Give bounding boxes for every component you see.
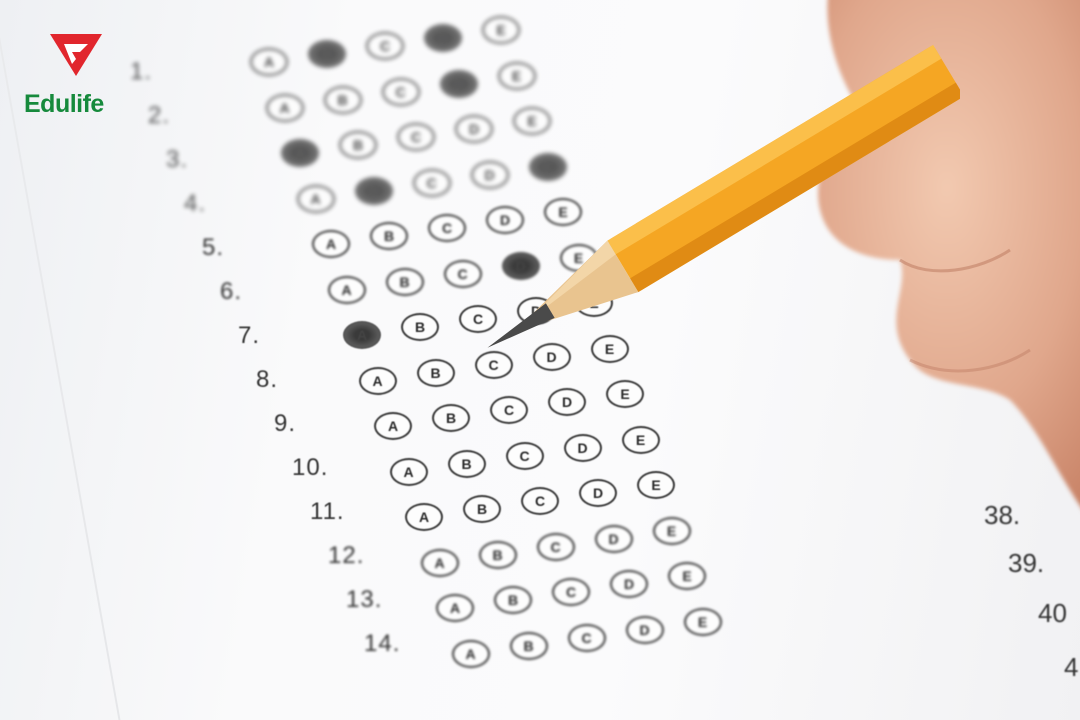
answer-bubble-e[interactable]: E [668,562,706,590]
answer-bubble-b[interactable]: B [463,495,501,523]
question-number: 8. [256,366,278,394]
answer-bubble-a[interactable]: A [312,230,350,258]
question-number: 11. [310,498,345,526]
answer-bubble-d[interactable]: D [610,570,648,598]
answer-bubble-a[interactable]: A [359,367,397,395]
question-number: 4. [184,190,206,218]
question-number: 14. [364,630,400,658]
answer-bubble-a[interactable]: A [250,48,288,76]
answer-bubble-b[interactable]: B [386,268,424,296]
question-number: 9. [274,410,296,438]
question-number: 3. [166,146,188,174]
answer-bubble-b[interactable]: B [494,586,532,614]
answer-bubble-c[interactable]: C [568,624,606,652]
answer-bubble-a[interactable]: A [436,594,474,622]
answer-bubble-c[interactable]: C [397,123,435,151]
answer-bubble-c[interactable]: C [366,32,404,60]
answer-bubble-e[interactable]: E [684,608,722,636]
answer-bubble-c[interactable]: C [382,78,420,106]
answer-bubble-b[interactable]: B [401,313,439,341]
answer-bubble-e[interactable]: E [622,426,660,454]
answer-bubble-d[interactable]: D [626,616,664,644]
question-number: 6. [220,278,242,306]
answer-bubble-a[interactable]: A [390,458,428,486]
question-number: 13. [346,586,382,614]
answer-bubble-a[interactable]: A [328,276,366,304]
question-number: 10. [292,454,328,482]
answer-bubble-c[interactable]: C [506,442,544,470]
question-number-40: 40 [1038,598,1067,629]
answer-bubble-b[interactable]: B [324,86,362,114]
answer-bubble-b[interactable]: B [448,450,486,478]
question-number: 1. [130,58,152,86]
answer-bubble-c[interactable]: C [521,487,559,515]
question-number: 7. [238,322,260,350]
answer-bubble-d[interactable]: D [564,434,602,462]
answer-bubble-b[interactable]: B [355,177,393,205]
answer-bubble-a[interactable]: A [343,321,381,349]
answer-bubble-b[interactable]: B [479,541,517,569]
answer-bubble-a[interactable]: A [421,549,459,577]
answer-bubble-a[interactable]: A [266,94,304,122]
answer-bubble-c[interactable]: C [490,396,528,424]
brand-name: Edulife [24,90,104,119]
question-number: 5. [202,234,224,262]
answer-bubble-e[interactable]: E [637,471,675,499]
answer-bubble-a[interactable]: A [374,412,412,440]
answer-bubble-a[interactable]: A [281,139,319,167]
answer-bubble-b[interactable]: B [510,632,548,660]
answer-bubble-e[interactable]: E [653,517,691,545]
answer-bubble-a[interactable]: A [405,503,443,531]
question-number: 12. [328,542,364,570]
answer-bubble-b[interactable]: B [339,131,377,159]
edulife-logo: Edulife [24,32,128,122]
answer-bubble-b[interactable]: B [370,222,408,250]
answer-bubble-b[interactable]: B [432,404,470,432]
answer-bubble-d[interactable]: D [595,525,633,553]
pencil-image [440,40,960,400]
answer-bubble-c[interactable]: C [537,533,575,561]
question-number: 2. [148,102,170,130]
answer-bubble-b[interactable]: B [308,40,346,68]
answer-bubble-a[interactable]: A [452,640,490,668]
edulife-mark-icon [50,32,102,78]
answer-bubble-a[interactable]: A [297,185,335,213]
answer-bubble-d[interactable]: D [579,479,617,507]
question-number-41: 4 [1064,652,1078,683]
question-number-39: 39. [1008,548,1044,579]
answer-bubble-c[interactable]: C [552,578,590,606]
